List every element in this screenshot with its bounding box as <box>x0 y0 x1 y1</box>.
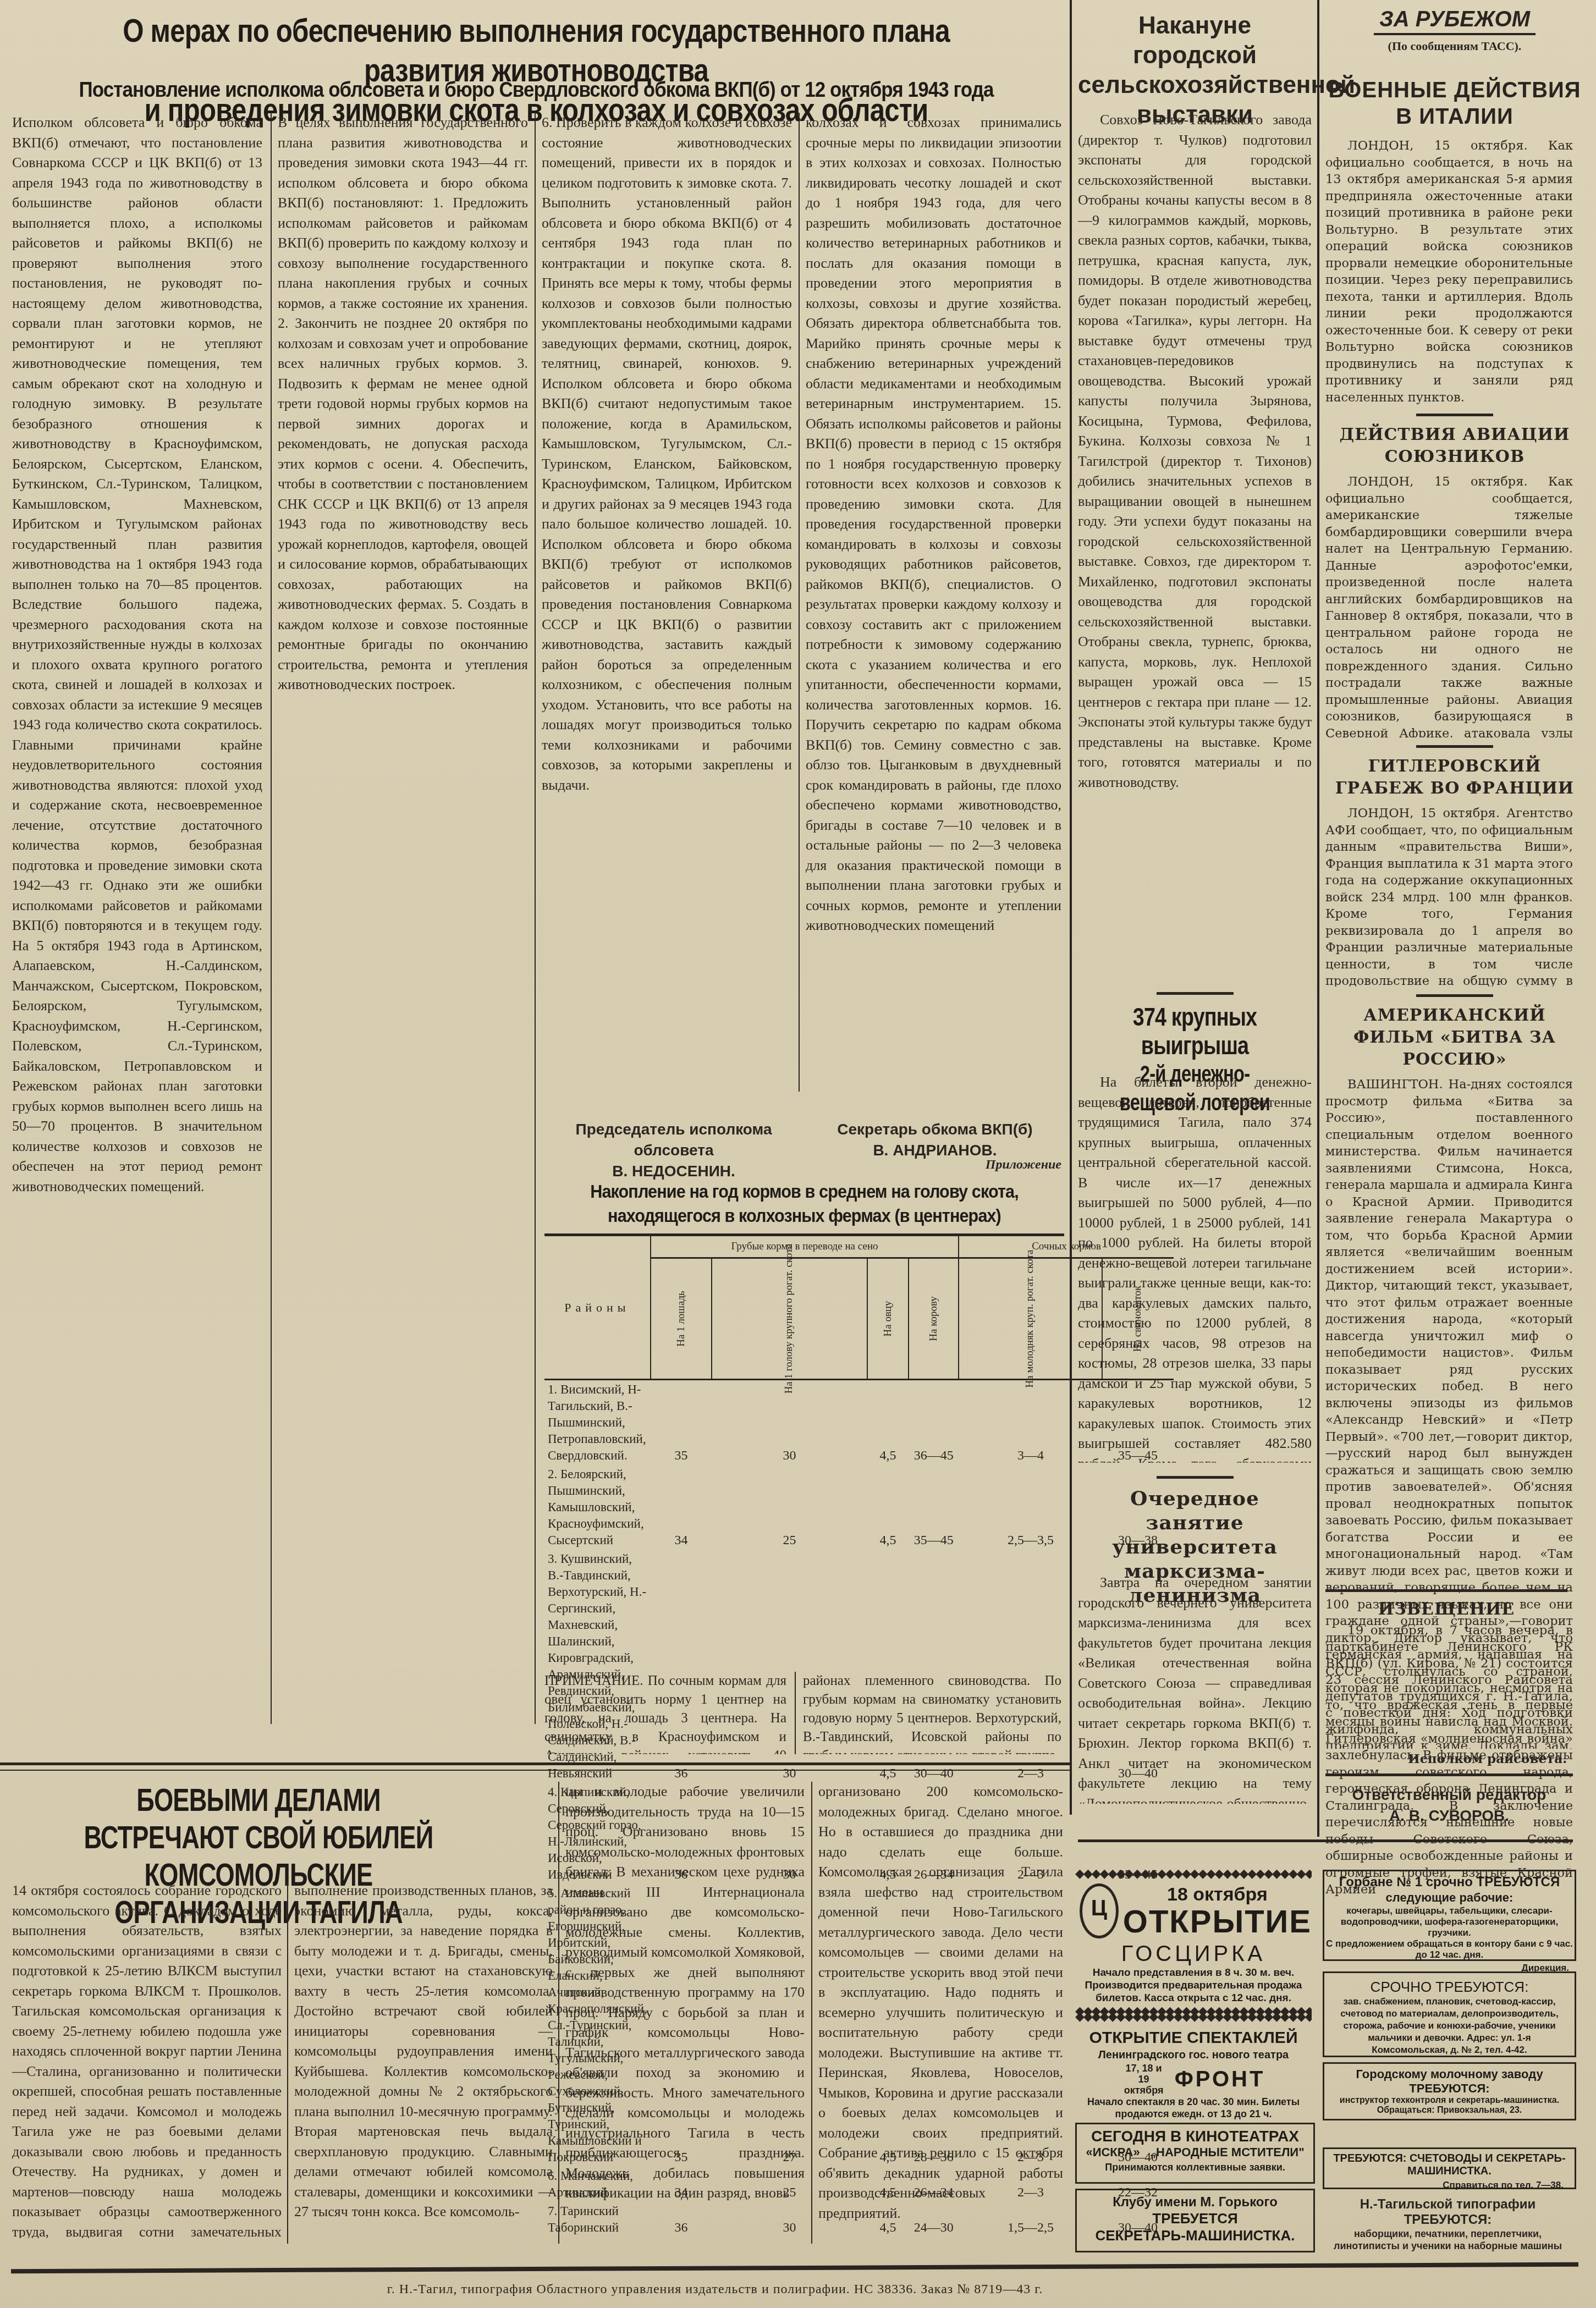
column-divider <box>811 1782 812 2244</box>
bath-list: кочегары, швейцары, табельщики, слесари-… <box>1324 1905 1575 1938</box>
abroad-article-text: ЛОНДОН, 15 октября. Как официально сообщ… <box>1325 473 1573 737</box>
value-cell: 36—45 <box>909 1380 959 1466</box>
diamond-border: ◆◆◆◆◆◆◆◆◆◆◆◆◆◆◆◆◆◆◆◆◆◆◆◆◆◆◆◆◆◆◆◆◆◆◆◆◆◆ <box>1075 1867 1312 1880</box>
bath-contact: С предложением обращаться в контору бани… <box>1324 1938 1575 1960</box>
circus-subject: ГОСЦИРКА <box>1075 1942 1312 1967</box>
editor-title: Ответственный редактор <box>1325 1784 1573 1805</box>
signature-title: Председатель исполкома облсовета <box>544 1119 803 1161</box>
abroad-article-title: ГИТЛЕРОВСКИЙ ГРАБЕЖ ВО ФРАНЦИИ <box>1325 756 1584 800</box>
abroad-source: (По сообщениям ТАСС). <box>1325 38 1584 54</box>
article-column-5: колхозах и совхозах принимались срочные … <box>806 113 1061 1089</box>
value-cell: 4,5 <box>867 1465 909 1550</box>
circus-emblem-icon: Ц <box>1080 1883 1119 1938</box>
divider <box>1157 1476 1234 1479</box>
dairy-ad: Городскому молочному заводу ТРЕБУЮТСЯ: и… <box>1323 2062 1576 2120</box>
table-note-part2: районах племенного свиноводства. По груб… <box>803 1672 1061 1754</box>
signature-chairman: Председатель исполкома облсовета В. НЕДО… <box>544 1119 803 1182</box>
column-divider <box>287 1881 288 2244</box>
cinema-headline: СЕГОДНЯ В КИНОТЕАТРАХ <box>1077 2128 1313 2145</box>
abroad-section-header: ЗА РУБЕЖОМ (По сообщениям ТАСС). <box>1325 5 1584 54</box>
table-note-col2: районах племенного свиноводства. По груб… <box>803 1672 1061 1754</box>
dairy-headline: Городскому молочному заводу <box>1324 2067 1575 2081</box>
urgent-body: зав. снабжением, плановик, счетовод-касс… <box>1324 1996 1575 2056</box>
column-divider <box>1317 0 1319 1837</box>
bath-headline: Горбане № 1 срочно ТРЕБУЮТСЯ <box>1324 1875 1575 1890</box>
signature-secretary: Секретарь обкома ВКП(б) В. АНДРИАНОВ. <box>808 1119 1061 1161</box>
divider <box>1078 1839 1573 1842</box>
divider <box>1416 745 1493 748</box>
circus-date: 18 октября <box>1123 1884 1312 1905</box>
gorky-club-line2: ТРЕБУЕТСЯ <box>1077 2210 1313 2227</box>
divider <box>1416 414 1493 416</box>
table-note-part1: ПРИМЕЧАНИЕ. По сочным кормам для овец ус… <box>544 1672 786 1754</box>
main-subheadline: Постановление исполкома облсовета и бюро… <box>53 77 1019 103</box>
cinema-film: „НАРОДНЫЕ МСТИТЕЛИ" <box>1150 2145 1305 2159</box>
divider <box>1416 994 1493 997</box>
abroad-title: ЗА РУБЕЖОМ <box>1374 5 1536 35</box>
imprint: г. Н.-Тагил, типография Областного управ… <box>330 2282 1100 2297</box>
value-cell: 35—45 <box>909 1465 959 1550</box>
gorky-club-line1: Клубу имени М. Горького <box>1077 2195 1313 2210</box>
notice-signature: Исполком райсовета. <box>1408 1751 1573 1766</box>
column-header: На овцу <box>867 1258 909 1380</box>
printing-headline: Н.-Тагильской типографии ТРЕБУЮТСЯ: <box>1323 2197 1573 2228</box>
column-divider <box>795 1672 796 1754</box>
dairy-body: инструктор техконтроля и секретарь-машин… <box>1324 2096 1575 2106</box>
abroad-article: ДЕЙСТВИЯ АВИАЦИИ СОЮЗНИКОВЛОНДОН, 15 окт… <box>1325 414 1584 737</box>
komsomol-headline-line1: БОЕВЫМИ ДЕЛАМИ ВСТРЕЧАЮТ СВОЙ ЮБИЛЕЙ <box>82 1782 434 1857</box>
abroad-article: ВОЕННЫЕ ДЕЙСТВИЯ В ИТАЛИИЛОНДОН, 15 октя… <box>1325 77 1584 406</box>
appendix-label: Приложение <box>968 1158 1061 1172</box>
abroad-article-body: ЛОНДОН, 15 октября. Агентство АФИ сообща… <box>1325 805 1573 987</box>
gorky-club-ad: Клубу имени М. Горького ТРЕБУЕТСЯ СЕКРЕТ… <box>1075 2189 1315 2252</box>
theatre-details: Начало спектакля в 20 час. 30 мин. Билет… <box>1075 2096 1312 2120</box>
notice-title: ИЗВЕЩЕНИЕ <box>1325 1598 1567 1622</box>
column-divider <box>799 113 800 1092</box>
bottom-rule <box>11 2262 1578 2273</box>
circus-headline: ОТКРЫТИЕ <box>1123 1905 1312 1938</box>
column-divider <box>535 113 536 1724</box>
lottery-headline-line1: 374 крупных выигрыша <box>1099 1002 1291 1060</box>
komsomol-column-4: организовано 200 комсомольско-молодежных… <box>818 1782 1063 2238</box>
value-cell: 34 <box>651 1465 712 1550</box>
cinema-note: Принимаются коллективные заявки. <box>1077 2160 1313 2175</box>
region-cell: 2. Белоярский, Пышминский, Камышловский,… <box>544 1465 651 1550</box>
editor-signature: Ответственный редактор А. В. СУВОРОВ. <box>1325 1784 1573 1826</box>
abroad-article: ГИТЛЕРОВСКИЙ ГРАБЕЖ ВО ФРАНЦИИЛОНДОН, 15… <box>1325 745 1584 987</box>
circus-details: Начало представления в 8 ч. 30 м. веч. П… <box>1075 1967 1312 2004</box>
abroad-article-title: ВОЕННЫЕ ДЕЙСТВИЯ В ИТАЛИИ <box>1325 77 1584 130</box>
cinema-venue: «ИСКРА» <box>1086 2145 1140 2159</box>
accountants-contact: Справиться по тел. 7—38. <box>1324 2178 1575 2193</box>
theatre-play: ФРОНТ <box>1175 2067 1265 2092</box>
section-rule <box>0 1770 1070 1771</box>
abroad-article-text: ЛОНДОН, 15 октября. Агентство АФИ сообща… <box>1325 805 1573 987</box>
theatre-headline: ОТКРЫТИЕ СПЕКТАКЛЕЙ <box>1075 2029 1312 2047</box>
gorky-club-line3: СЕКРЕТАРЬ-МАШИНИСТКА. <box>1077 2227 1313 2244</box>
signature-name: В. НЕДОСЕНИН. <box>544 1161 803 1182</box>
main-headline: О мерах по обеспечению выполнения госуда… <box>106 11 967 130</box>
dairy-contact: Обращаться: Привокзальная, 23. <box>1324 2106 1575 2116</box>
abroad-article-title: АМЕРИКАНСКИЙ ФИЛЬМ «БИТВА ЗА РОССИЮ» <box>1325 1005 1584 1071</box>
notice-body: 19 октября, в 7 часов вечера, в парткаби… <box>1325 1622 1573 1749</box>
abroad-article-title: ДЕЙСТВИЯ АВИАЦИИ СОЮЗНИКОВ <box>1325 424 1584 468</box>
bathhouse-ad: Горбане № 1 срочно ТРЕБУЮТСЯ следующие р… <box>1323 1870 1576 1961</box>
column-header: На корову <box>909 1258 959 1380</box>
abroad-article-body: ЛОНДОН, 15 октября. Как официально сообщ… <box>1325 137 1573 406</box>
cinema-ad: СЕГОДНЯ В КИНОТЕАТРАХ «ИСКРА» „НАРОДНЫЕ … <box>1075 2123 1315 2184</box>
printing-ad: Н.-Тагильской типографии ТРЕБУЮТСЯ: набо… <box>1323 2197 1573 2252</box>
accountants-headline: ТРЕБУЮТСЯ: СЧЕТОВОДЫ И СЕКРЕТАРЬ-МАШИНИС… <box>1324 2152 1575 2178</box>
komsomol-column-1: 14 октября состоялось собрание городског… <box>12 1881 282 2238</box>
urgent-hiring-ad: СРОЧНО ТРЕБУЮТСЯ: зав. снабжением, плано… <box>1323 1971 1576 2057</box>
bath-subhead: следующие рабочие: <box>1324 1890 1575 1905</box>
table-note-col1: ПРИМЕЧАНИЕ. По сочным кормам для овец ус… <box>544 1672 786 1754</box>
section-rule <box>0 1762 1070 1765</box>
editor-name: А. В. СУВОРОВ. <box>1325 1805 1573 1826</box>
column-divider <box>271 113 272 1724</box>
article-column-1: Исполком облсовета и бюро обкома ВКП(б) … <box>12 113 262 1724</box>
group-header-rough: Грубые корма в переводе на сено <box>651 1236 959 1258</box>
accountants-ad: ТРЕБУЮТСЯ: СЧЕТОВОДЫ И СЕКРЕТАРЬ-МАШИНИС… <box>1323 2147 1576 2189</box>
printing-body: наборщики, печатники, переплетчики, лино… <box>1323 2228 1573 2252</box>
region-header: Районы <box>544 1236 651 1380</box>
column-header: На 1 голову крупного рогат. скота <box>712 1258 867 1380</box>
signature-title: Секретарь обкома ВКП(б) <box>808 1119 1061 1140</box>
value-cell: 25 <box>712 1465 867 1550</box>
komsomol-column-2: выполнение производственных планов, за э… <box>294 1881 553 2238</box>
lottery-body: На билеты второй денежно-вещевой лотереи… <box>1078 1072 1312 1463</box>
urgent-headline: СРОЧНО ТРЕБУЮТСЯ: <box>1324 1979 1575 1996</box>
article-column-2: В целях выполнения государственного план… <box>278 113 528 1724</box>
divider <box>1325 1773 1573 1776</box>
theatre-subtitle: Ленинградского гос. нового театра <box>1075 2047 1312 2063</box>
abroad-article-text: ЛОНДОН, 15 октября. Как официально сообщ… <box>1325 137 1573 406</box>
theatre-dates: 17, 18 и 19 октября <box>1122 2063 1166 2096</box>
column-divider <box>558 1782 559 2244</box>
circus-ad: ◆◆◆◆◆◆◆◆◆◆◆◆◆◆◆◆◆◆◆◆◆◆◆◆◆◆◆◆◆◆◆◆◆◆◆◆◆◆ Ц… <box>1075 1867 1312 1999</box>
komsomol-column-3: цы и молодые рабочие увеличили производи… <box>565 1782 805 2238</box>
exhibition-body: Совхоз Ново-Тагильского завода (директор… <box>1078 110 1312 973</box>
dairy-sub: ТРЕБУЮТСЯ: <box>1324 2081 1575 2096</box>
column-header: На 1 лошадь <box>651 1258 712 1380</box>
divider <box>1325 1589 1567 1592</box>
divider <box>1157 992 1234 995</box>
newspaper-page: О мерах по обеспечению выполнения госуда… <box>0 0 1596 2308</box>
region-cell: 1. Висимский, Н-Тагильский, В.-Пышмински… <box>544 1380 651 1466</box>
value-cell: 4,5 <box>867 1380 909 1466</box>
value-cell: 35 <box>651 1380 712 1466</box>
university-body: Завтра на очередном занятии городского в… <box>1078 1573 1312 1804</box>
diamond-border: ◆◆◆◆◆◆◆◆◆◆◆◆◆◆◆◆◆◆◆◆◆◆◆◆◆◆◆◆◆◆◆◆◆◆◆◆◆◆ <box>1075 2010 1312 2023</box>
theatre-ad: ◆◆◆◆◆◆◆◆◆◆◆◆◆◆◆◆◆◆◆◆◆◆◆◆◆◆◆◆◆◆◆◆◆◆◆◆◆◆ О… <box>1075 2010 1312 2109</box>
abroad-article-body: ЛОНДОН, 15 октября. Как официально сообщ… <box>1325 473 1573 737</box>
fodder-table-title: Накопление на год кормов в среднем на го… <box>570 1180 1038 1228</box>
